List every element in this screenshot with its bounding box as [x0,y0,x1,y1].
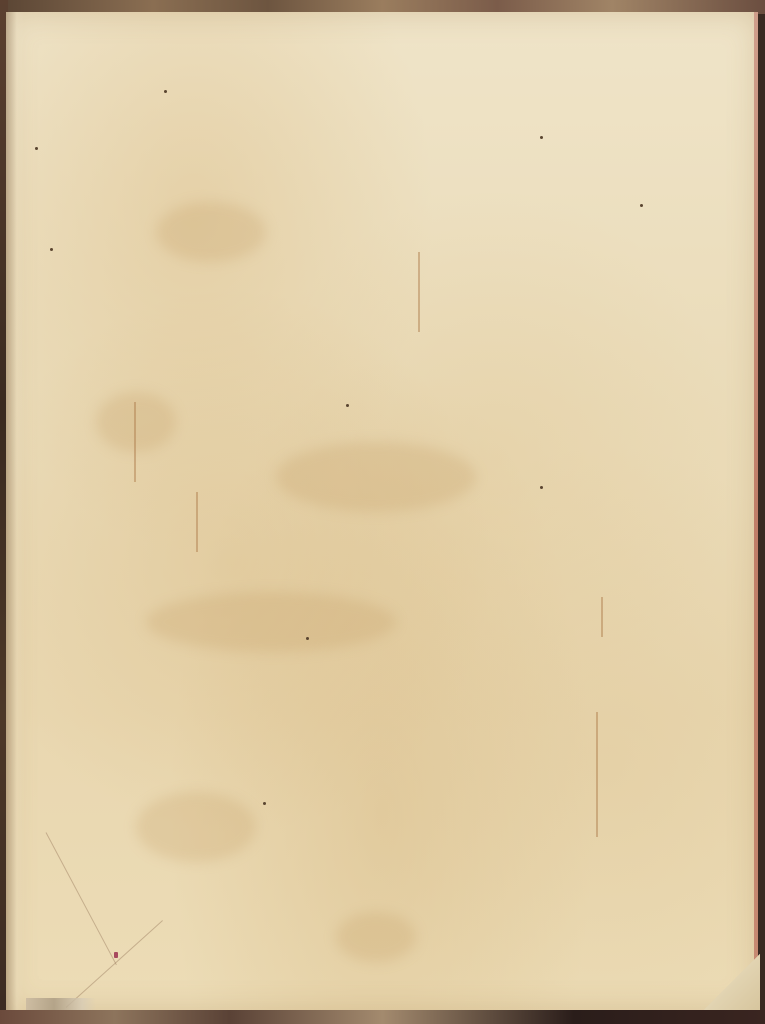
offset-mark [596,712,598,837]
speck [640,204,643,207]
speck [50,248,53,251]
offset-mark [601,597,603,637]
foxing-stain [156,202,266,262]
offset-mark [418,252,420,332]
offset-mark [134,402,136,482]
crease [46,832,117,965]
speck [540,486,543,489]
crease [66,920,163,1008]
red-page-edge [754,12,758,1012]
foxing-stain [146,592,396,652]
folded-corner [700,954,760,1014]
speck [164,90,167,93]
speck [306,637,309,640]
foxing-stain [136,792,256,862]
speck [263,802,266,805]
blank-page [6,12,758,1012]
book-binding-bottom [0,1010,765,1024]
speck [540,136,543,139]
red-mark [114,952,118,958]
page-gutter [6,12,24,1012]
foxing-stain [336,912,416,962]
offset-mark [196,492,198,552]
speck [35,147,38,150]
foxing-stain [96,392,176,452]
speck [346,404,349,407]
foxing-stain [276,442,476,512]
